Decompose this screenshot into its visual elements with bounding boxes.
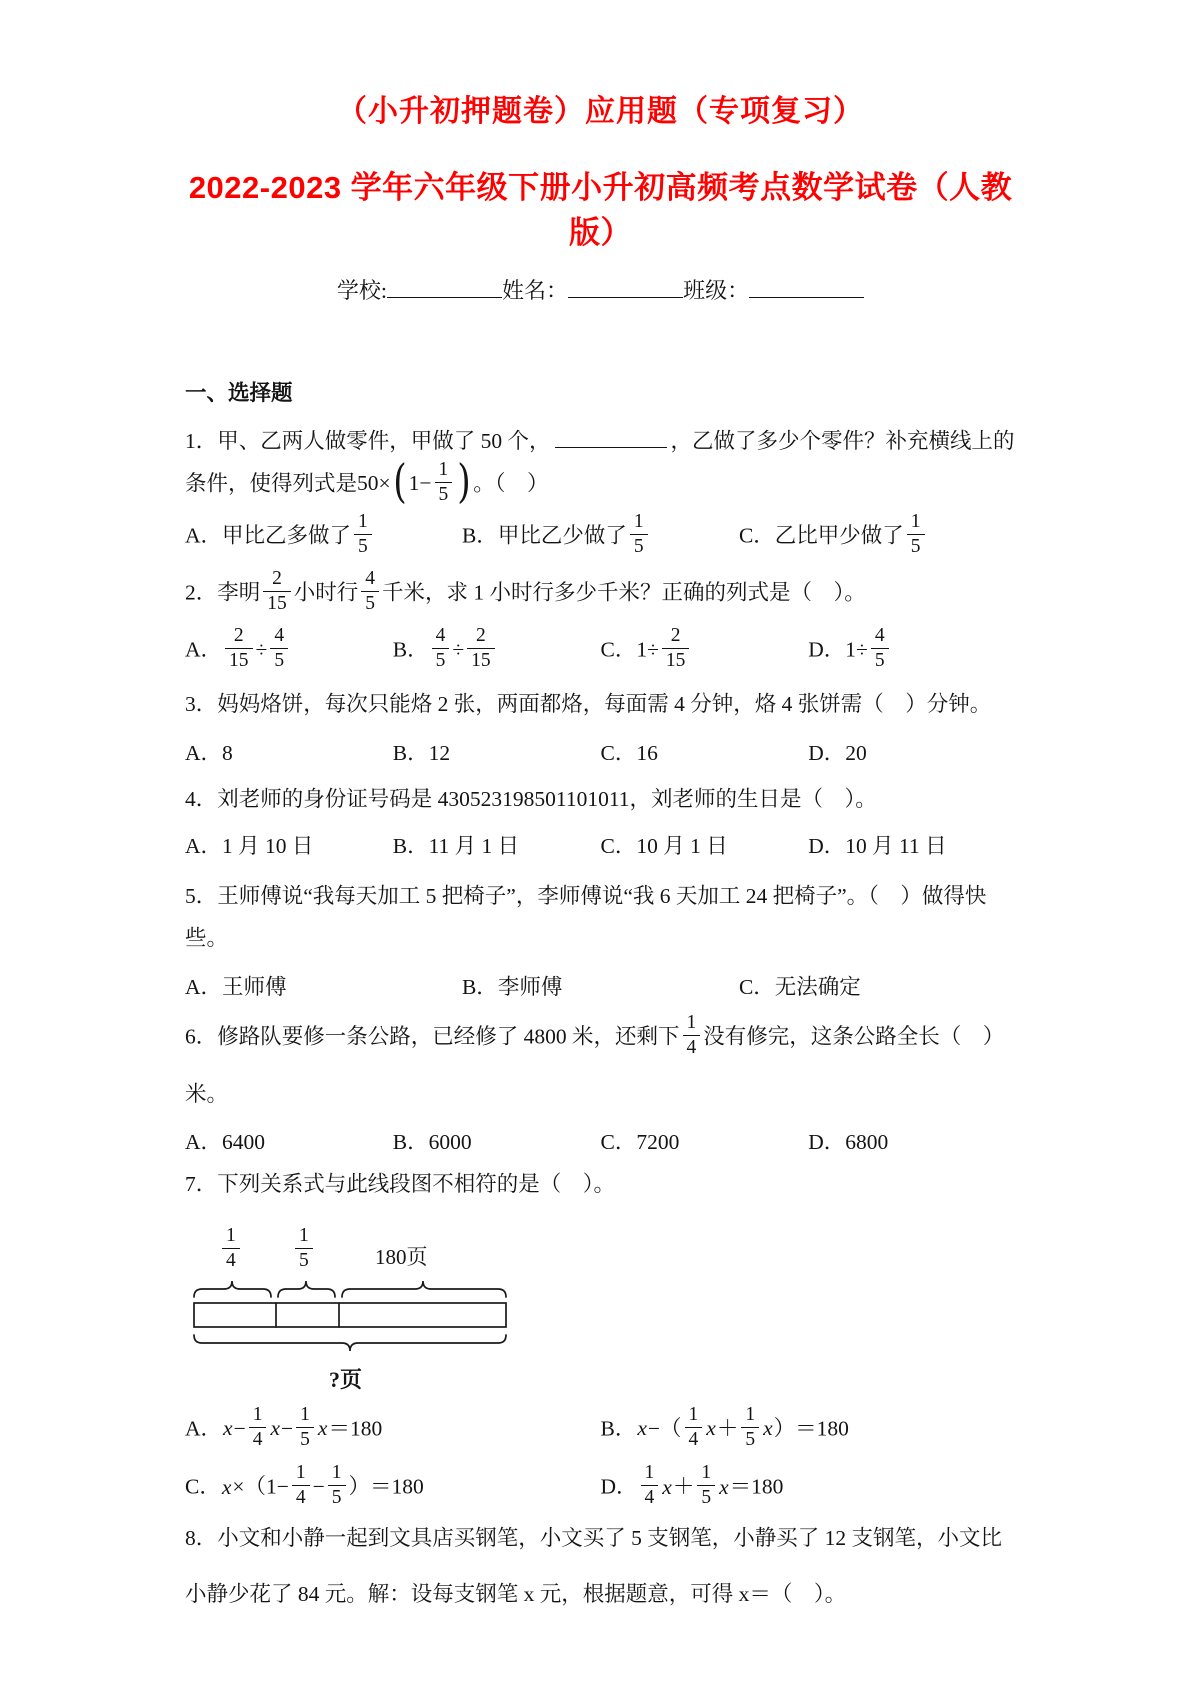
option-text: 7200 [636,1130,679,1154]
q1-formula: 50×(1−15) [357,471,473,495]
option-label: B． [393,741,429,765]
line-segment-diagram: 14 15 180页 ?页 [193,1225,538,1397]
equals-value: ＝180 [328,1416,382,1440]
fraction-1-4: 14 [641,1462,659,1509]
variable-x: x [661,1475,673,1499]
fraction-1-5: 15 [435,459,453,506]
fraction-1-5: 15 [328,1462,346,1509]
operator: − [234,1416,246,1440]
option-label: B． [601,1416,637,1440]
option-label: D． [808,741,845,765]
q7-option-a: A．x−14x−15x＝180 [185,1407,601,1454]
option-text: 16 [636,741,658,765]
fraction-4-5: 45 [270,625,288,672]
option-label: B． [393,1130,429,1154]
fraction-2-15: 215 [467,625,495,672]
fraction-4-5: 45 [871,625,889,672]
option-text: 10 月 1 日 [636,834,727,858]
question-6-line-2: 米。 [185,1080,1016,1108]
question-8-line-1: 8．小文和小静一起到文具店买钢笔，小文买了 5 支钢笔，小静买了 12 支钢笔，… [185,1524,1016,1552]
q6-text-post: 没有修完，这条公路全长（ ） [703,1024,1004,1048]
fraction-1-5: 15 [630,511,648,558]
variable-x: x [762,1416,774,1440]
option-label: A． [185,834,222,858]
q2-option-a: A．215÷45 [185,628,393,675]
q2-text-post: 千米，求 1 小时行多少千米？正确的列式是（ ）。 [382,580,866,604]
operator: − [281,1416,293,1440]
segment-bar-graphic [193,1281,523,1357]
q2-option-b: B．45÷215 [393,628,601,675]
option-label: B． [462,975,498,999]
q1-blank-line [555,426,667,448]
exam-page: （小升初押题卷）应用题（专项复习） 2022-2023 学年六年级下册小升初高频… [0,0,1191,1684]
name-blank-line [568,275,683,298]
option-text: 6000 [429,1130,472,1154]
q6-option-b: B．6000 [393,1128,601,1156]
option-label: C． [185,1475,221,1499]
question-4-options: A．1 月 10 日 B．11 月 1 日 C．10 月 1 日 D．10 月 … [185,832,1016,860]
option-label: B． [462,524,498,548]
question-5-line-1: 5．王师傅说“我每天加工 5 把椅子”，李师傅说“我 6 天加工 24 把椅子”… [185,882,1016,910]
option-text: 10 月 11 日 [845,834,946,858]
q5-option-b: B．李师傅 [462,973,739,1001]
q4-option-b: B．11 月 1 日 [393,832,601,860]
option-label: A． [185,1416,222,1440]
question-1-line-2: 条件，使得列式是50×(1−15)。（ ） [185,462,1016,509]
q3-option-c: C．16 [601,739,809,767]
option-label: A． [185,741,222,765]
divide-sign: ÷ [256,637,268,661]
question-7-options-row-2: C．x×（1−14−15）＝180 D．14x＋15x＝180 [185,1465,1016,1512]
q4-option-c: C．10 月 1 日 [601,832,809,860]
option-text: 8 [222,741,233,765]
question-8-line-2: 小静少花了 84 元。解：设每支钢笔 x 元，根据题意，可得 x＝（ ）。 [185,1580,1016,1608]
student-info-line: 学校:姓名：班级： [185,274,1016,305]
fraction-1-5: 15 [697,1462,715,1509]
question-1-line-1: 1．甲、乙两人做零件，甲做了 50 个，，乙做了多少个零件？补充横线上的 [185,426,1016,455]
equals-value: ＝180 [730,1475,784,1499]
q3-option-d: D．20 [808,739,1016,767]
diagram-label-180-pages: 180页 [375,1241,428,1271]
question-3-options: A．8 B．12 C．16 D．20 [185,739,1016,767]
option-text: 王师傅 [222,975,287,999]
operator: ＋ [673,1475,695,1499]
variable-x: x [705,1416,717,1440]
option-text: 6800 [845,1130,888,1154]
q1-answer-bracket: 。（ ） [473,471,548,495]
q1-formula-inner: 1− [409,471,432,495]
question-2: 2．李明215小时行45千米，求 1 小时行多少千米？正确的列式是（ ）。 [185,571,1016,618]
fraction-1-5: 15 [354,511,372,558]
school-blank-line [387,275,502,298]
diagram-label-total-pages: ?页 [329,1363,362,1394]
option-label: D． [808,834,845,858]
fraction-1-4: 14 [292,1462,310,1509]
option-label: C． [601,834,637,858]
q5-option-a: A．王师傅 [185,973,462,1001]
fraction-4-5: 45 [361,568,379,615]
option-text: 20 [845,741,867,765]
option-label: C． [739,524,775,548]
fraction-1-5: 15 [907,511,925,558]
q1-option-a: A．甲比乙多做了15 [185,514,462,561]
q1-text-formula-lead: 条件，使得列式是 [185,471,357,495]
open-paren: ( [393,462,406,501]
fraction-2-15: 215 [225,625,253,672]
fraction-1-5: 15 [296,1404,314,1451]
name-label: 姓名： [502,278,568,303]
fraction-4-5: 45 [432,625,450,672]
q3-option-b: B．12 [393,739,601,767]
q1-formula-coefficient: 50× [357,471,391,495]
option-text: 1 月 10 日 [222,834,313,858]
option-label: B． [393,637,429,661]
option-label: A． [185,1130,222,1154]
diagram-fraction-1-4: 14 [222,1225,240,1272]
q7-option-d: D．14x＋15x＝180 [601,1465,1017,1512]
option-text: 乙比甲少做了 [775,524,904,548]
option-label: B． [393,834,429,858]
option-label: D． [808,637,845,661]
q1-text-pre: 1．甲、乙两人做零件，甲做了 50 个， [185,429,551,453]
option-lead: 1÷ [845,637,868,661]
option-label: A． [185,637,222,661]
option-text: 6400 [222,1130,265,1154]
option-label: C． [601,741,637,765]
q2-text-pre: 2．李明 [185,580,260,604]
fraction-2-15: 215 [662,625,690,672]
variable-x: x [636,1416,648,1440]
question-3: 3．妈妈烙饼，每次只能烙 2 张，两面都烙，每面需 4 分钟，烙 4 张饼需（ … [185,690,1016,718]
class-blank-line [749,275,864,298]
option-text: 甲比乙多做了 [222,524,351,548]
fraction-1-5: 15 [741,1404,759,1451]
option-label: A． [185,524,222,548]
school-label: 学校: [337,278,387,303]
question-1-options: A．甲比乙多做了15 B．甲比乙少做了15 C．乙比甲少做了15 [185,514,1016,561]
question-5-options: A．王师傅 B．李师傅 C．无法确定 [185,973,1016,1001]
question-6-options: A．6400 B．6000 C．7200 D．6800 [185,1128,1016,1156]
fraction-2-15: 215 [263,568,291,615]
q6-option-c: C．7200 [601,1128,809,1156]
fraction-1-4: 14 [683,1012,701,1059]
variable-x: x [718,1475,730,1499]
variable-x: x [317,1416,329,1440]
q1-option-c: C．乙比甲少做了15 [739,514,1016,561]
section-heading: 一、选择题 [185,379,1016,407]
variable-x: x [269,1416,281,1440]
q6-option-d: D．6800 [808,1128,1016,1156]
option-text: 11 月 1 日 [429,834,520,858]
divide-sign: ÷ [452,637,464,661]
q4-option-a: A．1 月 10 日 [185,832,393,860]
q2-option-d: D．1÷45 [808,628,1016,675]
question-7: 7．下列关系式与此线段图不相符的是（ ）。 [185,1170,1016,1198]
option-text: 12 [429,741,451,765]
fraction-1-4: 14 [685,1404,703,1451]
question-2-options: A．215÷45 B．45÷215 C．1÷215 D．1÷45 [185,628,1016,675]
q1-option-b: B．甲比乙少做了15 [462,514,739,561]
fraction-1-4: 14 [249,1404,267,1451]
option-label: C． [601,637,637,661]
option-label: D． [601,1475,638,1499]
variable-x: x [222,1416,234,1440]
equals-value: ）＝180 [774,1416,849,1440]
q6-option-a: A．6400 [185,1128,393,1156]
q3-option-a: A．8 [185,739,393,767]
question-6-line-1: 6．修路队要修一条公路，已经修了 4800 米，还剩下14没有修完，这条公路全长… [185,1015,1016,1062]
q2-option-c: C．1÷215 [601,628,809,675]
q7-option-b: B．x−（14x＋15x）＝180 [601,1407,1017,1454]
question-4: 4．刘老师的身份证号码是 430523198501101011，刘老师的生日是（… [185,785,1016,813]
diagram-fraction-1-5: 15 [295,1225,313,1272]
option-label: A． [185,975,222,999]
option-text: 无法确定 [775,975,861,999]
q4-option-d: D．10 月 11 日 [808,832,1016,860]
operator: ×（1− [232,1475,289,1499]
page-subtitle: 2022-2023 学年六年级下册小升初高频考点数学试卷（人教版） [185,162,1016,252]
operator: −（ [648,1416,682,1440]
option-label: C． [739,975,775,999]
q5-option-c: C．无法确定 [739,973,1016,1001]
operator: − [313,1475,325,1499]
close-paren: ) [457,462,470,501]
q2-text-mid: 小时行 [294,580,359,604]
variable-x: x [221,1475,233,1499]
option-text: 甲比乙少做了 [498,524,627,548]
q7-option-c: C．x×（1−14−15）＝180 [185,1465,601,1512]
operator: ＋ [717,1416,739,1440]
option-label: C． [601,1130,637,1154]
equals-value: ）＝180 [349,1475,424,1499]
page-title: （小升初押题卷）应用题（专项复习） [185,86,1016,130]
question-5-line-2: 些。 [185,924,1016,952]
q1-text-post: ，乙做了多少个零件？补充横线上的 [671,429,1015,453]
option-label: D． [808,1130,845,1154]
question-7-options-row-1: A．x−14x−15x＝180 B．x−（14x＋15x）＝180 [185,1407,1016,1454]
option-text: 李师傅 [498,975,563,999]
option-lead: 1÷ [636,637,659,661]
class-label: 班级： [683,278,749,303]
q6-text-pre: 6．修路队要修一条公路，已经修了 4800 米，还剩下 [185,1024,680,1048]
